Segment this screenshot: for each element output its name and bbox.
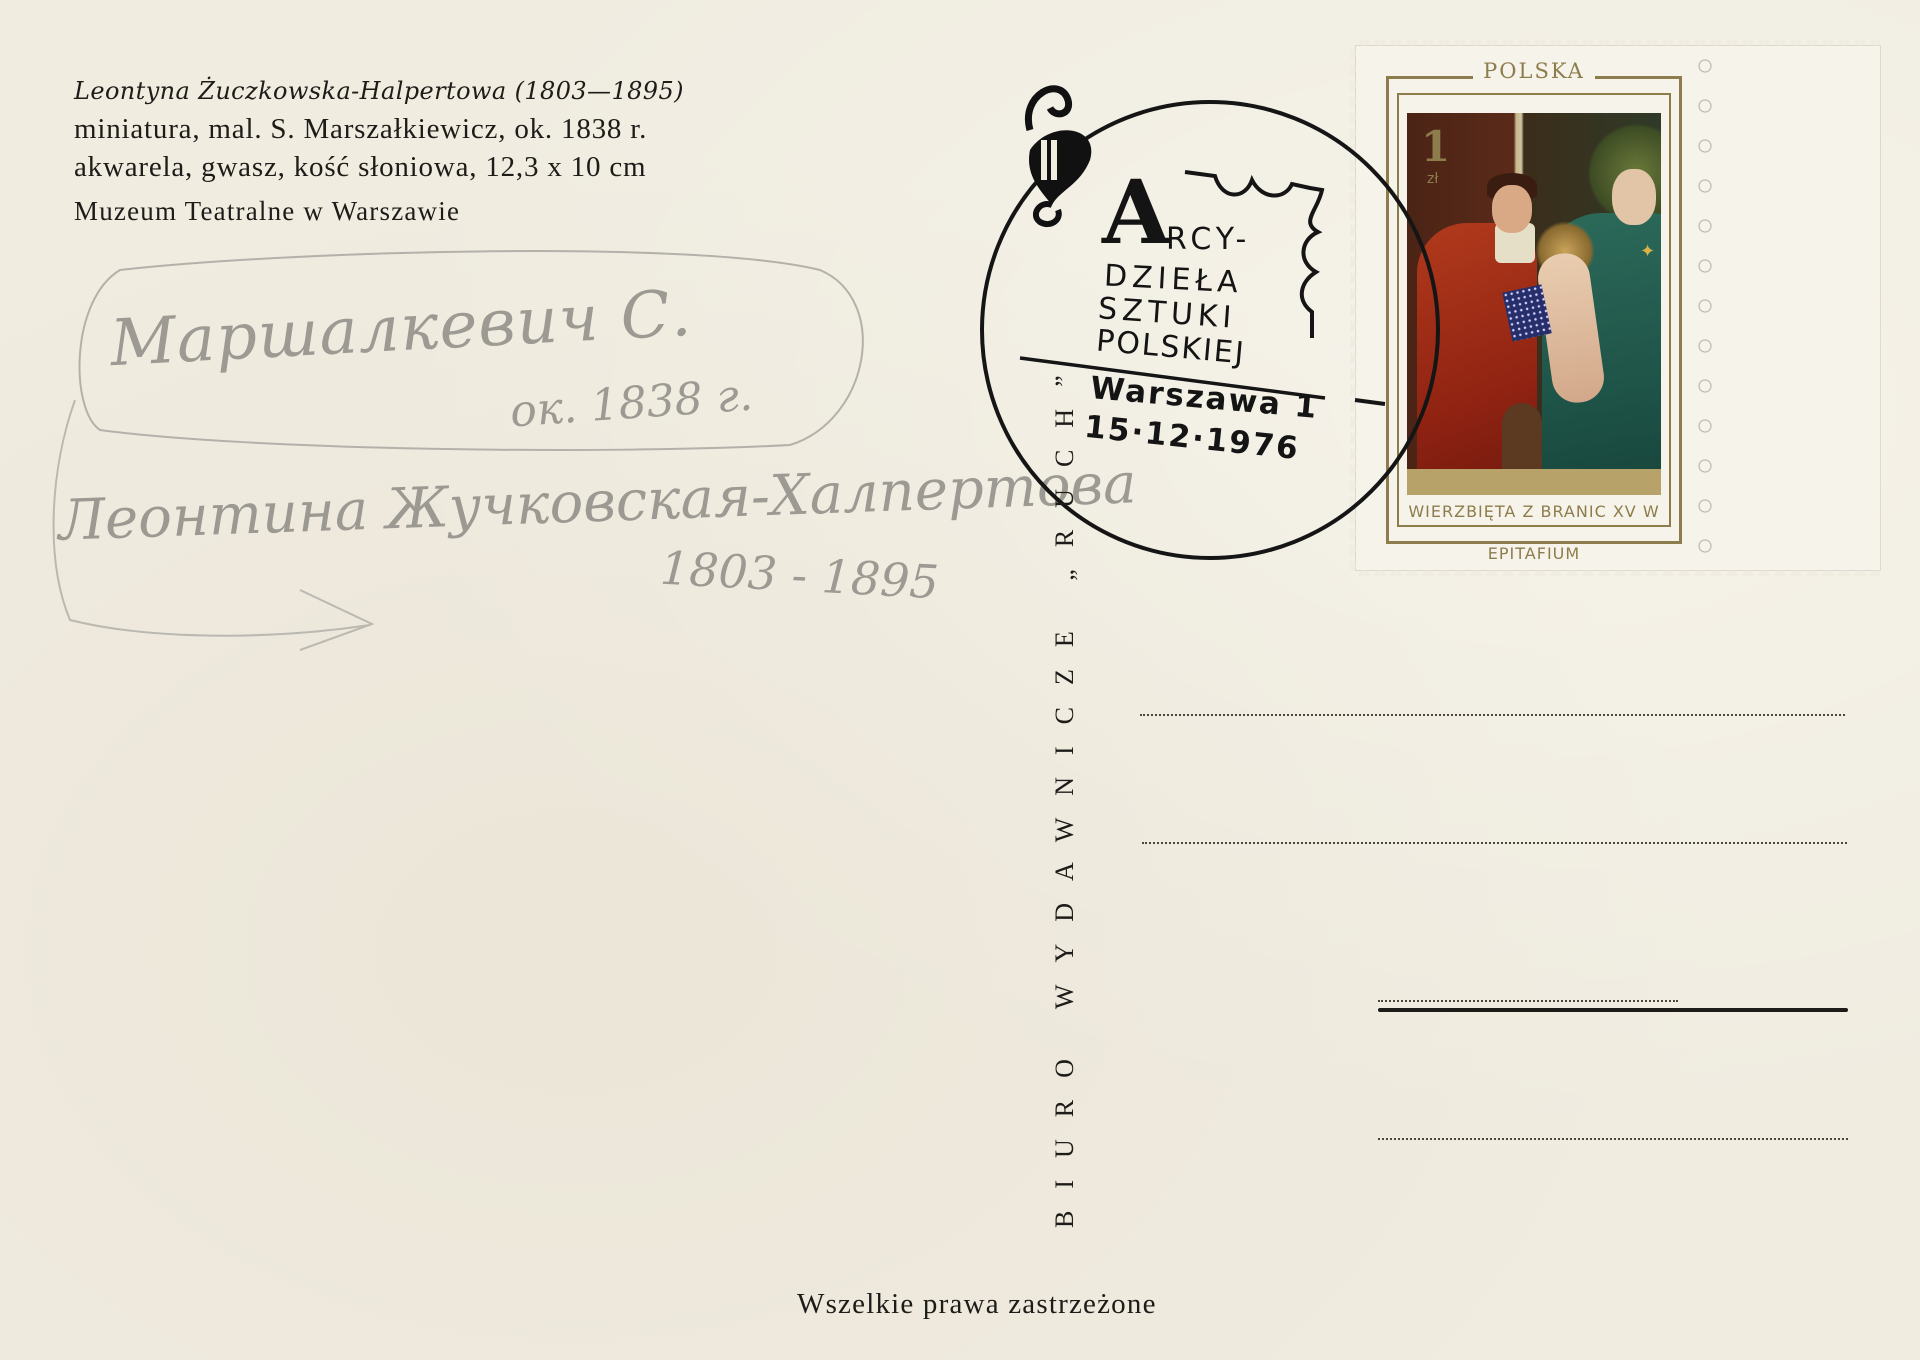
address-line-3-dotted [1378,1000,1678,1002]
ruch-logo-icon [1028,89,1091,224]
address-line-3[interactable] [1378,1008,1848,1012]
postmark-line-1: RCY- [1166,222,1251,257]
address-line-1[interactable] [1140,714,1845,716]
address-line-2[interactable] [1142,842,1847,844]
copyright-notice: Wszelkie prawa zastrzeżone [797,1288,1157,1321]
postmark-initial: A [1102,160,1170,264]
postmark-cancellation [0,0,1920,1360]
address-line-4[interactable] [1378,1138,1848,1140]
publisher-label: BIURO WYDAWNICZE „RUCH” [1050,353,1080,1228]
